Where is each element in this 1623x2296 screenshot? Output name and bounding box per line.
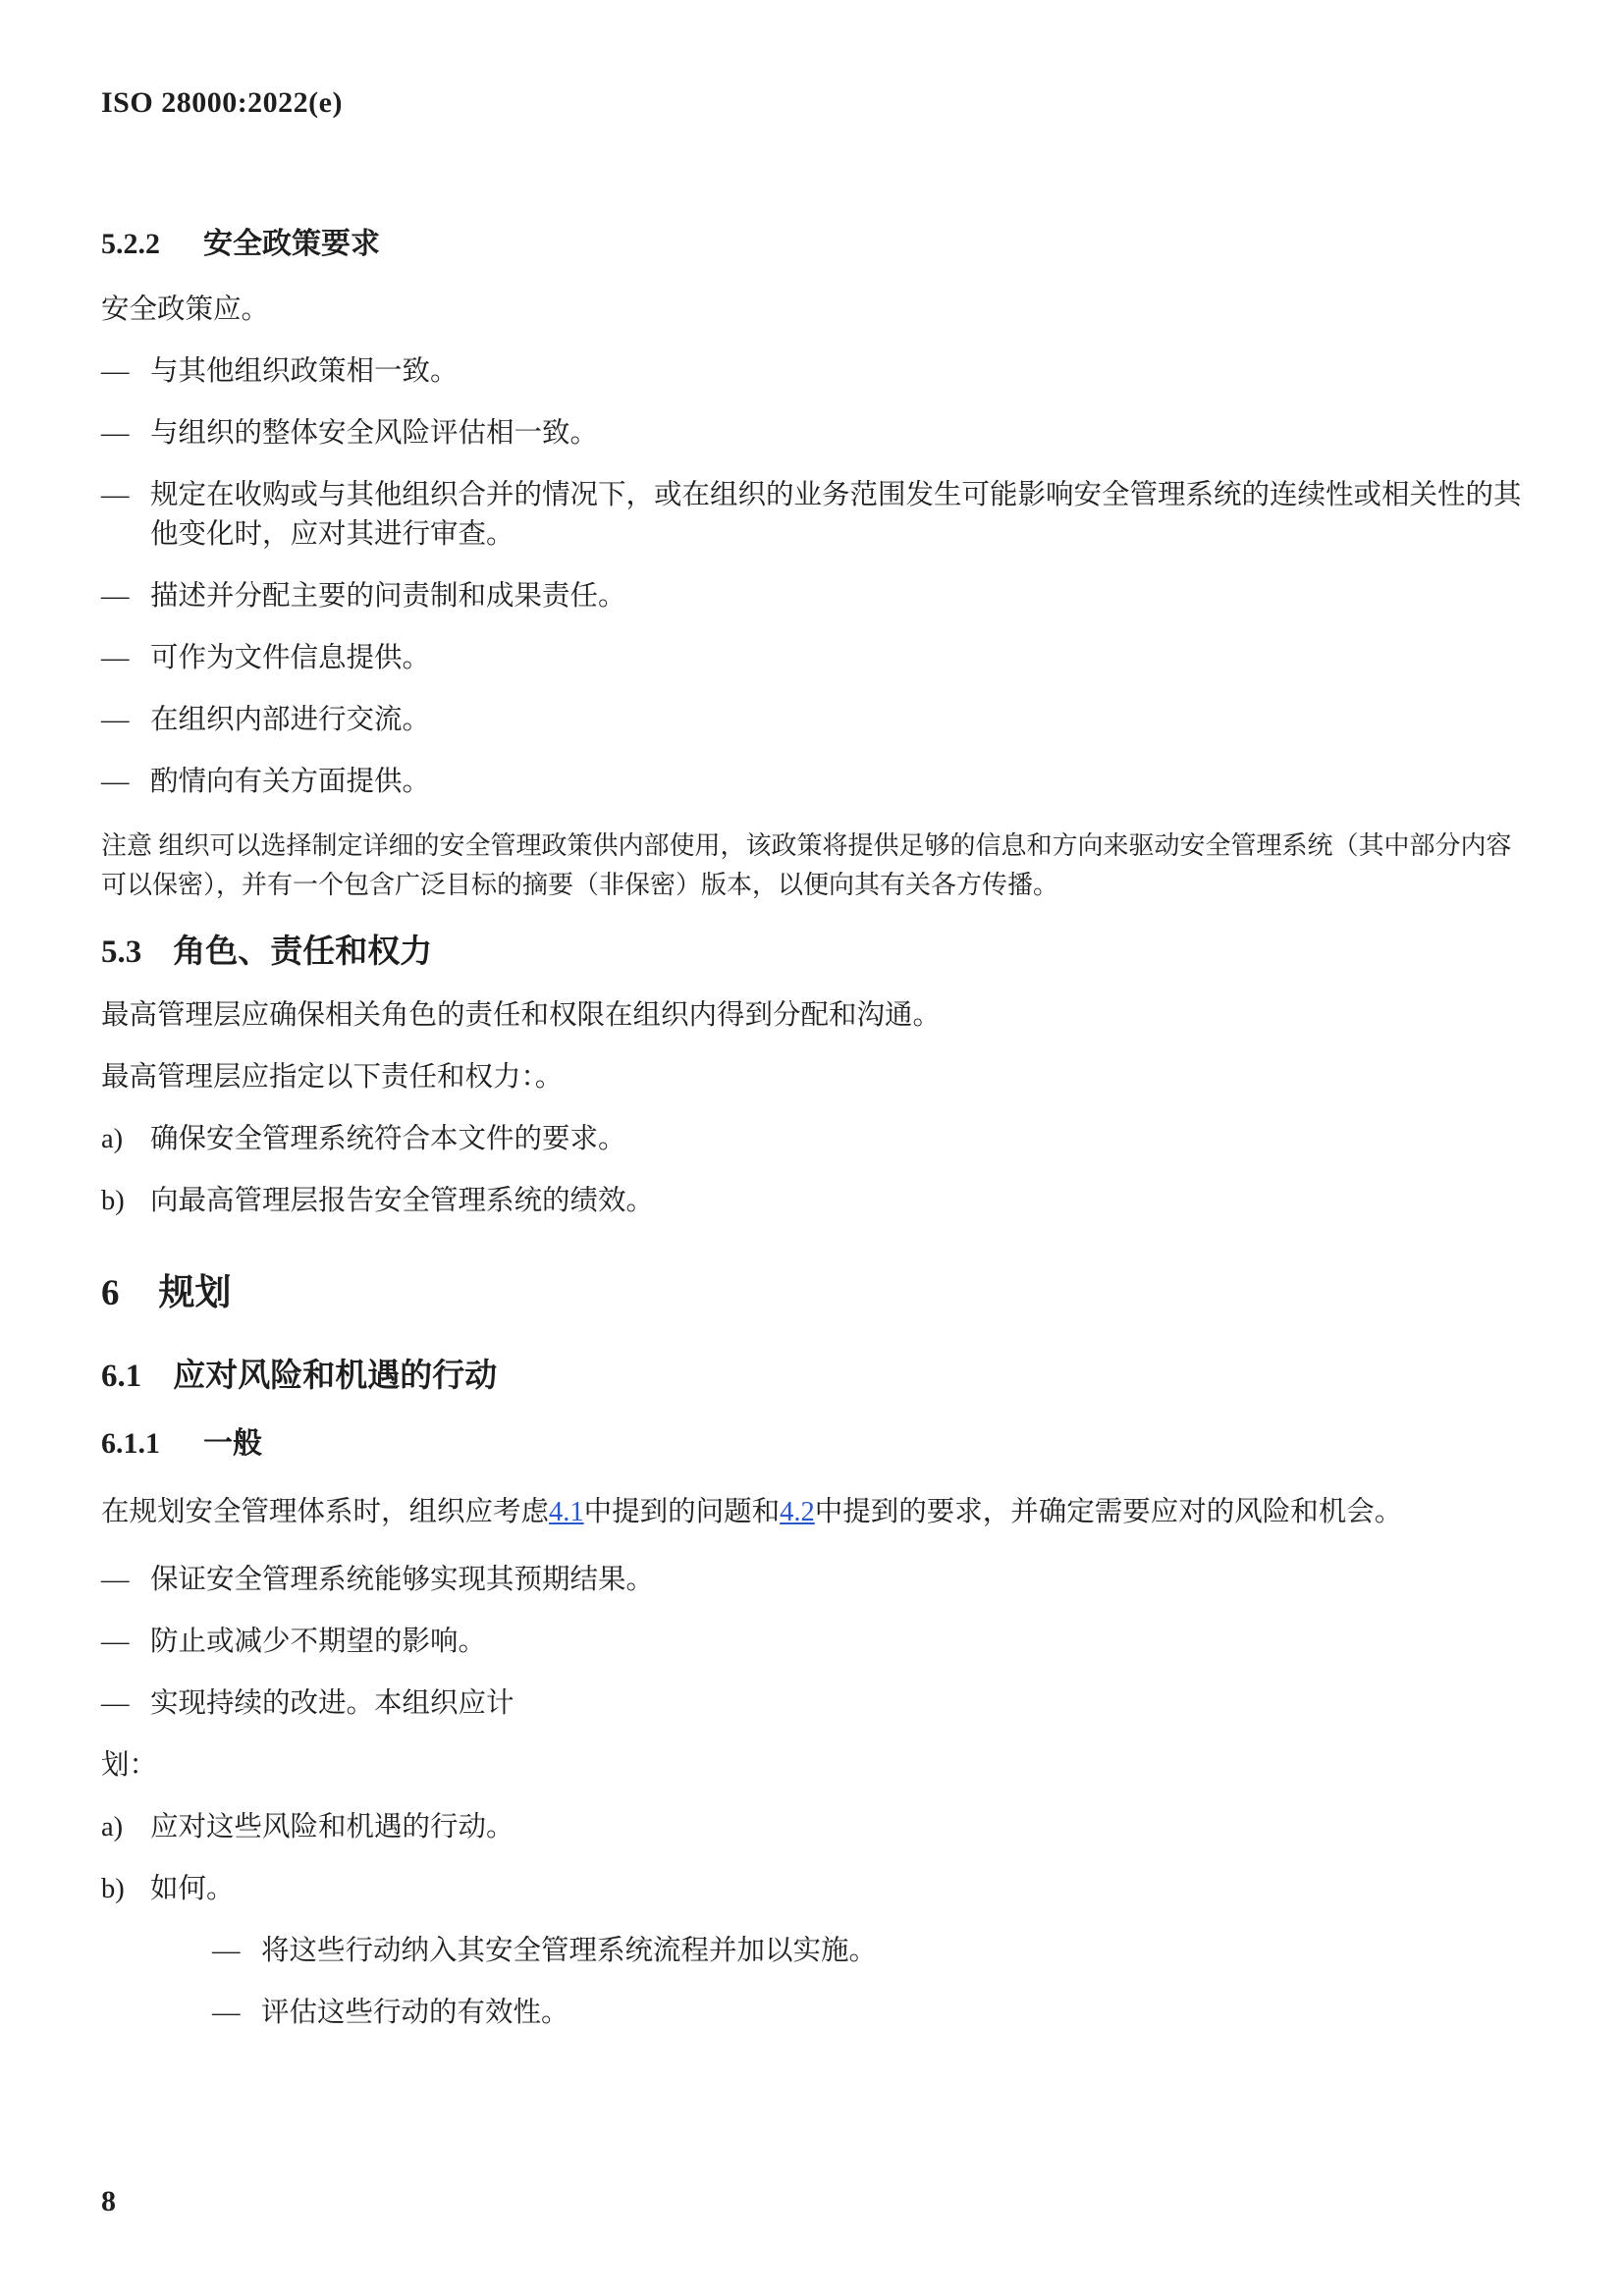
- bullet-text: 防止或减少不期望的影响。: [150, 1623, 1525, 1662]
- section-6-1-heading: 6.1应对风险和机遇的行动: [101, 1355, 1525, 1398]
- dash-marker: —: [101, 639, 150, 678]
- dash-marker: —: [212, 1994, 261, 2033]
- list-item-b: b) 向最高管理层报告安全管理系统的绩效。: [101, 1182, 1525, 1221]
- note-paragraph: 注意 组织可以选择制定详细的安全管理政策供内部使用，该政策将提供足够的信息和方向…: [101, 827, 1525, 905]
- item-text: 如何。: [150, 1870, 1525, 1909]
- section-number: 6.1: [101, 1355, 141, 1398]
- bullet-item: — 在组织内部进行交流。: [101, 701, 1525, 740]
- item-label: b): [101, 1182, 150, 1221]
- link-clause-4-2[interactable]: 4.2: [780, 1497, 815, 1527]
- item-label: b): [101, 1870, 150, 1909]
- bullet-text: 将这些行动纳入其安全管理系统流程并加以实施。: [261, 1932, 1525, 1971]
- section-title: 安全政策要求: [203, 228, 380, 260]
- bullet-text: 酌情向有关方面提供。: [150, 763, 1525, 802]
- document-page: ISO 28000:2022(e) 5.2.2安全政策要求 安全政策应。 — 与…: [0, 0, 1623, 2296]
- item-label: a): [101, 1808, 150, 1847]
- dash-marker: —: [101, 476, 150, 555]
- bullet-item: — 防止或减少不期望的影响。: [101, 1623, 1525, 1662]
- dash-marker: —: [101, 763, 150, 802]
- section-number: 6: [101, 1270, 120, 1317]
- section-title: 应对风险和机遇的行动: [173, 1359, 497, 1394]
- dash-marker: —: [101, 1561, 150, 1600]
- bullet-text: 规定在收购或与其他组织合并的情况下，或在组织的业务范围发生可能影响安全管理系统的…: [150, 476, 1525, 555]
- bullet-text: 与组织的整体安全风险评估相一致。: [150, 414, 1525, 454]
- bullet-text: 实现持续的改进。本组织应计: [150, 1684, 1525, 1724]
- document-header: ISO 28000:2022(e): [101, 84, 1525, 122]
- paragraph-text: 中提到的问题和: [584, 1497, 781, 1527]
- link-clause-4-1[interactable]: 4.1: [549, 1497, 584, 1527]
- dash-marker: —: [101, 352, 150, 392]
- paragraph: 最高管理层应指定以下责任和权力：。: [101, 1058, 1525, 1097]
- section-6-heading: 6规划: [101, 1270, 1525, 1317]
- list-item-a: a) 应对这些风险和机遇的行动。: [101, 1808, 1525, 1847]
- sub-bullet-item: — 评估这些行动的有效性。: [101, 1994, 1525, 2033]
- sub-bullet-item: — 将这些行动纳入其安全管理系统流程并加以实施。: [101, 1932, 1525, 1971]
- list-item-b: b) 如何。: [101, 1870, 1525, 1909]
- intro-paragraph: 安全政策应。: [101, 291, 1525, 330]
- dash-marker: —: [101, 577, 150, 616]
- item-text: 向最高管理层报告安全管理系统的绩效。: [150, 1182, 1525, 1221]
- section-number: 5.3: [101, 931, 141, 974]
- section-number: 6.1.1: [101, 1423, 160, 1465]
- dash-marker: —: [101, 414, 150, 454]
- paragraph: 最高管理层应确保相关角色的责任和权限在组织内得到分配和沟通。: [101, 996, 1525, 1036]
- bullet-text: 描述并分配主要的问责制和成果责任。: [150, 577, 1525, 616]
- page-number: 8: [101, 2185, 116, 2218]
- section-title: 角色、责任和权力: [173, 934, 432, 970]
- bullet-text: 与其他组织政策相一致。: [150, 352, 1525, 392]
- section-number: 5.2.2: [101, 224, 160, 265]
- list-item-a: a) 确保安全管理系统符合本文件的要求。: [101, 1120, 1525, 1159]
- bullet-text: 保证安全管理系统能够实现其预期结果。: [150, 1561, 1525, 1600]
- paragraph-text: 在规划安全管理体系时，组织应考虑: [101, 1497, 549, 1527]
- bullet-item: — 描述并分配主要的问责制和成果责任。: [101, 577, 1525, 616]
- continuation-paragraph: 划：: [101, 1746, 1525, 1786]
- item-label: a): [101, 1120, 150, 1159]
- dash-marker: —: [101, 1684, 150, 1724]
- section-title: 规划: [159, 1273, 232, 1313]
- bullet-item: — 实现持续的改进。本组织应计: [101, 1684, 1525, 1724]
- bullet-item: — 可作为文件信息提供。: [101, 639, 1525, 678]
- section-title: 一般: [203, 1427, 262, 1460]
- section-5-2-2-heading: 5.2.2安全政策要求: [101, 224, 1525, 265]
- dash-marker: —: [212, 1932, 261, 1971]
- item-text: 确保安全管理系统符合本文件的要求。: [150, 1120, 1525, 1159]
- section-6-1-1-heading: 6.1.1一般: [101, 1423, 1525, 1465]
- section-5-3-heading: 5.3角色、责任和权力: [101, 931, 1525, 974]
- bullet-item: — 规定在收购或与其他组织合并的情况下，或在组织的业务范围发生可能影响安全管理系…: [101, 476, 1525, 555]
- bullet-text: 在组织内部进行交流。: [150, 701, 1525, 740]
- bullet-text: 可作为文件信息提供。: [150, 639, 1525, 678]
- bullet-item: — 与组织的整体安全风险评估相一致。: [101, 414, 1525, 454]
- bullet-item: — 酌情向有关方面提供。: [101, 763, 1525, 802]
- paragraph-with-links: 在规划安全管理体系时，组织应考虑4.1中提到的问题和4.2中提到的要求，并确定需…: [101, 1493, 1525, 1532]
- bullet-item: — 与其他组织政策相一致。: [101, 352, 1525, 392]
- dash-marker: —: [101, 1623, 150, 1662]
- dash-marker: —: [101, 701, 150, 740]
- item-text: 应对这些风险和机遇的行动。: [150, 1808, 1525, 1847]
- bullet-item: — 保证安全管理系统能够实现其预期结果。: [101, 1561, 1525, 1600]
- bullet-text: 评估这些行动的有效性。: [261, 1994, 1525, 2033]
- paragraph-text: 中提到的要求，并确定需要应对的风险和机会。: [815, 1497, 1403, 1527]
